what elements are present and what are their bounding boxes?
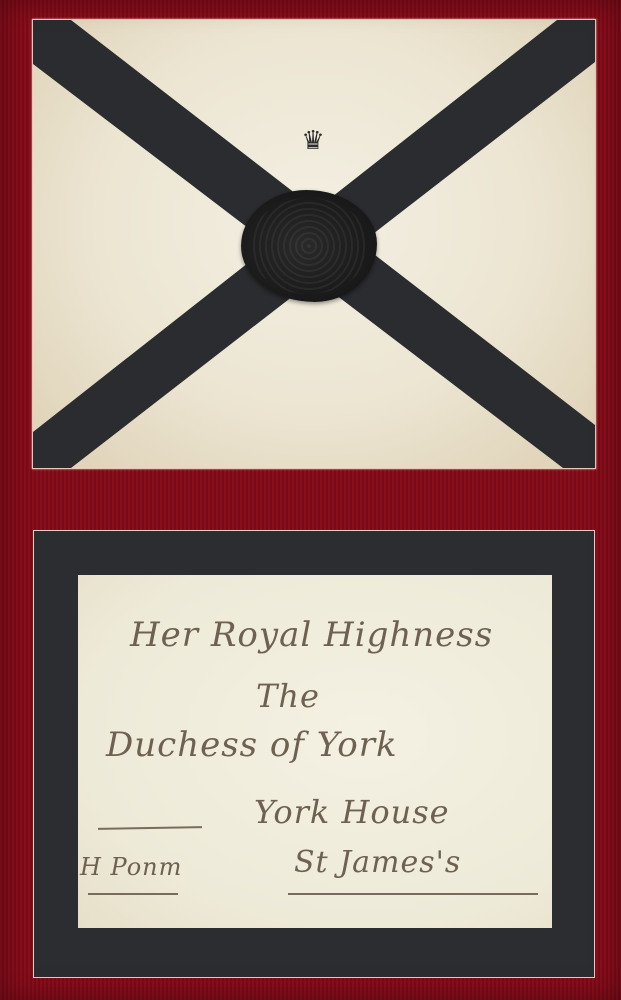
address-panel: Her Royal Highness The Duchess of York Y… bbox=[78, 575, 552, 928]
mourning-envelope: ♛ bbox=[32, 19, 596, 469]
signature-underline bbox=[88, 893, 178, 895]
mourning-card: Her Royal Highness The Duchess of York Y… bbox=[33, 530, 595, 978]
address-line-duchess: Duchess of York bbox=[106, 725, 398, 765]
address-line-title: Her Royal Highness bbox=[130, 615, 493, 655]
address-line-house: York House bbox=[254, 793, 450, 831]
ink-dash bbox=[98, 826, 202, 830]
wax-seal bbox=[241, 190, 377, 302]
seal-coat-of-arms bbox=[249, 198, 369, 294]
address-underline bbox=[288, 893, 538, 895]
address-line-street: St James's bbox=[294, 845, 461, 880]
address-line-the: The bbox=[256, 677, 320, 715]
signature: H Ponm bbox=[80, 853, 182, 881]
crown-icon: ♛ bbox=[298, 124, 328, 158]
